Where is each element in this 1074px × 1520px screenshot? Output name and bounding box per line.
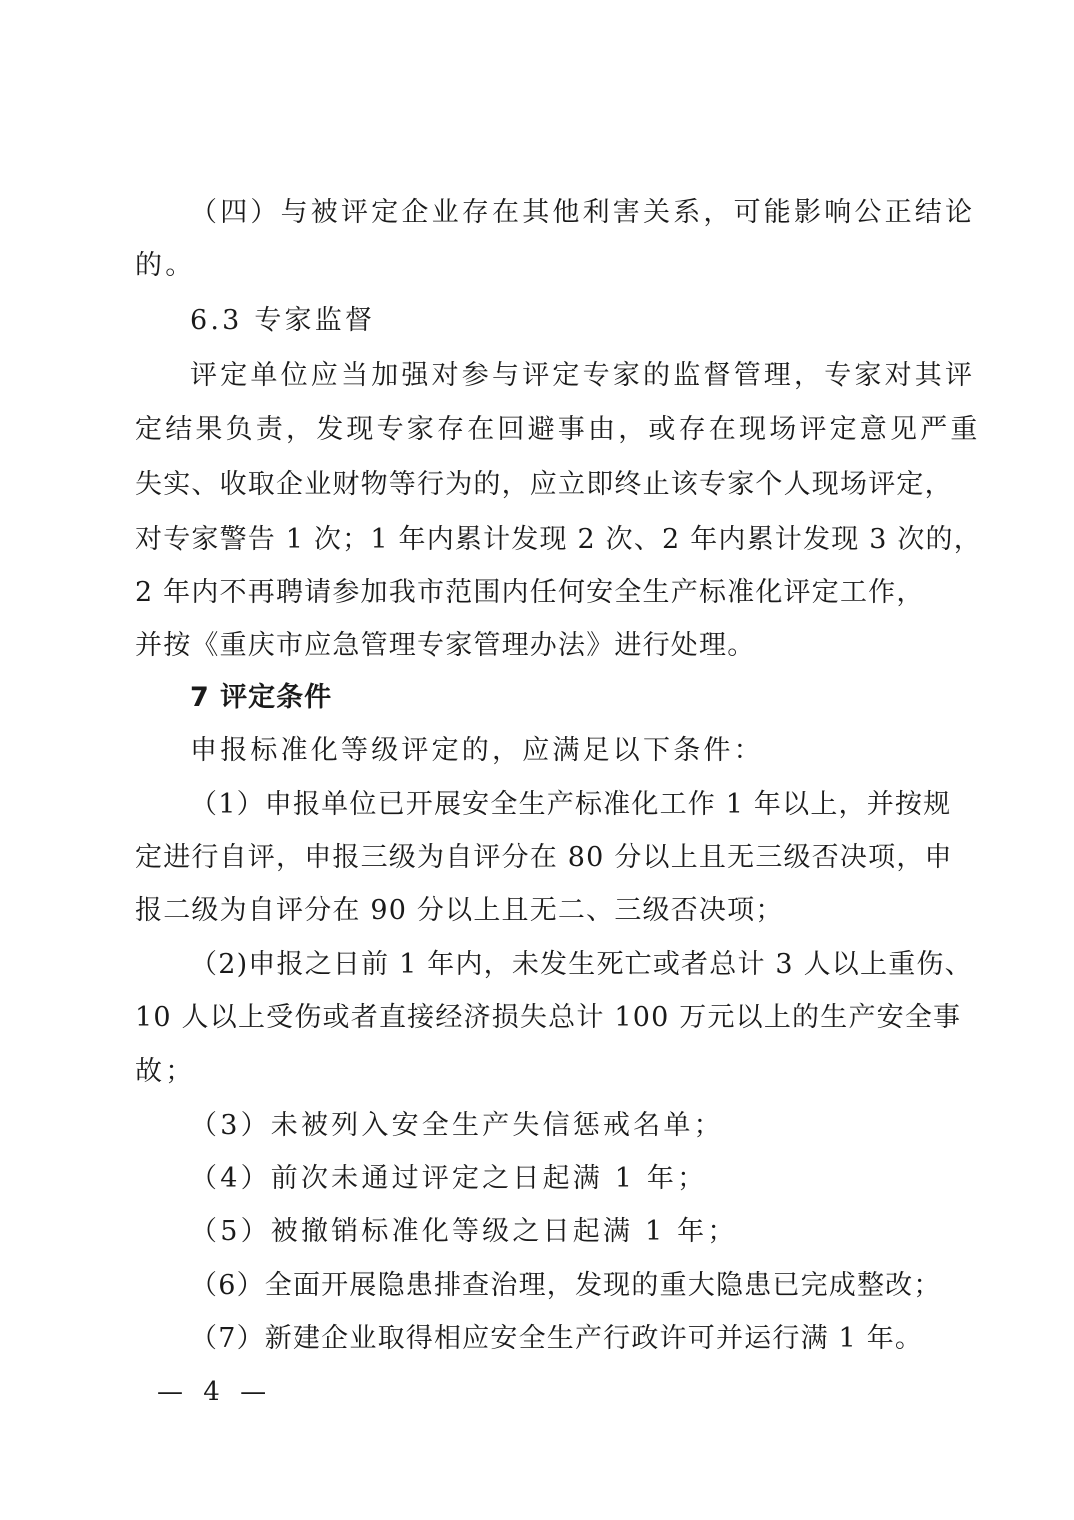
document-page: （四）与被评定企业存在其他利害关系，可能影响公正结论 的。 6.3 专家监督 评… (0, 0, 1074, 1520)
clause-4-line-2: 的。 (135, 246, 945, 286)
section-6-3-para-line-1: 评定单位应当加强对参与评定专家的监督管理，专家对其评 (190, 356, 945, 396)
section-6-3-para-line-2: 定结果负责，发现专家存在回避事由，或存在现场评定意见严重 (135, 410, 945, 450)
condition-3: （3）未被列入安全生产失信惩戒名单； (190, 1106, 945, 1146)
section-6-3-para-line-5: 2 年内不再聘请参加我市范围内任何安全生产标准化评定工作， (135, 573, 945, 613)
condition-7: （7）新建企业取得相应安全生产行政许可并运行满 1 年。 (190, 1319, 945, 1359)
condition-5: （5）被撤销标准化等级之日起满 1 年； (190, 1212, 945, 1252)
condition-4: （4）前次未通过评定之日起满 1 年； (190, 1159, 945, 1199)
condition-6: （6）全面开展隐患排查治理，发现的重大隐患已完成整改； (190, 1266, 945, 1306)
section-7-heading: 7 评定条件 (190, 678, 945, 718)
condition-2-line-3: 故； (135, 1052, 945, 1092)
condition-1-line-3: 报二级为自评分在 90 分以上且无二、三级否决项； (135, 891, 945, 931)
section-6-3-para-line-4: 对专家警告 1 次；1 年内累计发现 2 次、2 年内累计发现 3 次的， (135, 520, 945, 560)
section-6-3-para-line-6: 并按《重庆市应急管理专家管理办法》进行处理。 (135, 626, 945, 666)
condition-2-line-1: （2)申报之日前 1 年内，未发生死亡或者总计 3 人以上重伤、 (190, 945, 945, 985)
section-6-3-para-line-3: 失实、收取企业财物等行为的，应立即终止该专家个人现场评定， (135, 465, 945, 505)
condition-1-line-2: 定进行自评，申报三级为自评分在 80 分以上且无三级否决项，申 (135, 838, 945, 878)
condition-2-line-2: 10 人以上受伤或者直接经济损失总计 100 万元以上的生产安全事 (135, 998, 945, 1038)
section-7-intro: 申报标准化等级评定的，应满足以下条件： (190, 731, 945, 771)
clause-4-line-1: （四）与被评定企业存在其他利害关系，可能影响公正结论 (190, 193, 945, 233)
page-number: — 4 — (157, 1372, 272, 1412)
condition-1-line-1: （1）申报单位已开展安全生产标准化工作 1 年以上，并按规 (190, 785, 945, 825)
section-6-3-heading: 6.3 专家监督 (190, 301, 945, 341)
